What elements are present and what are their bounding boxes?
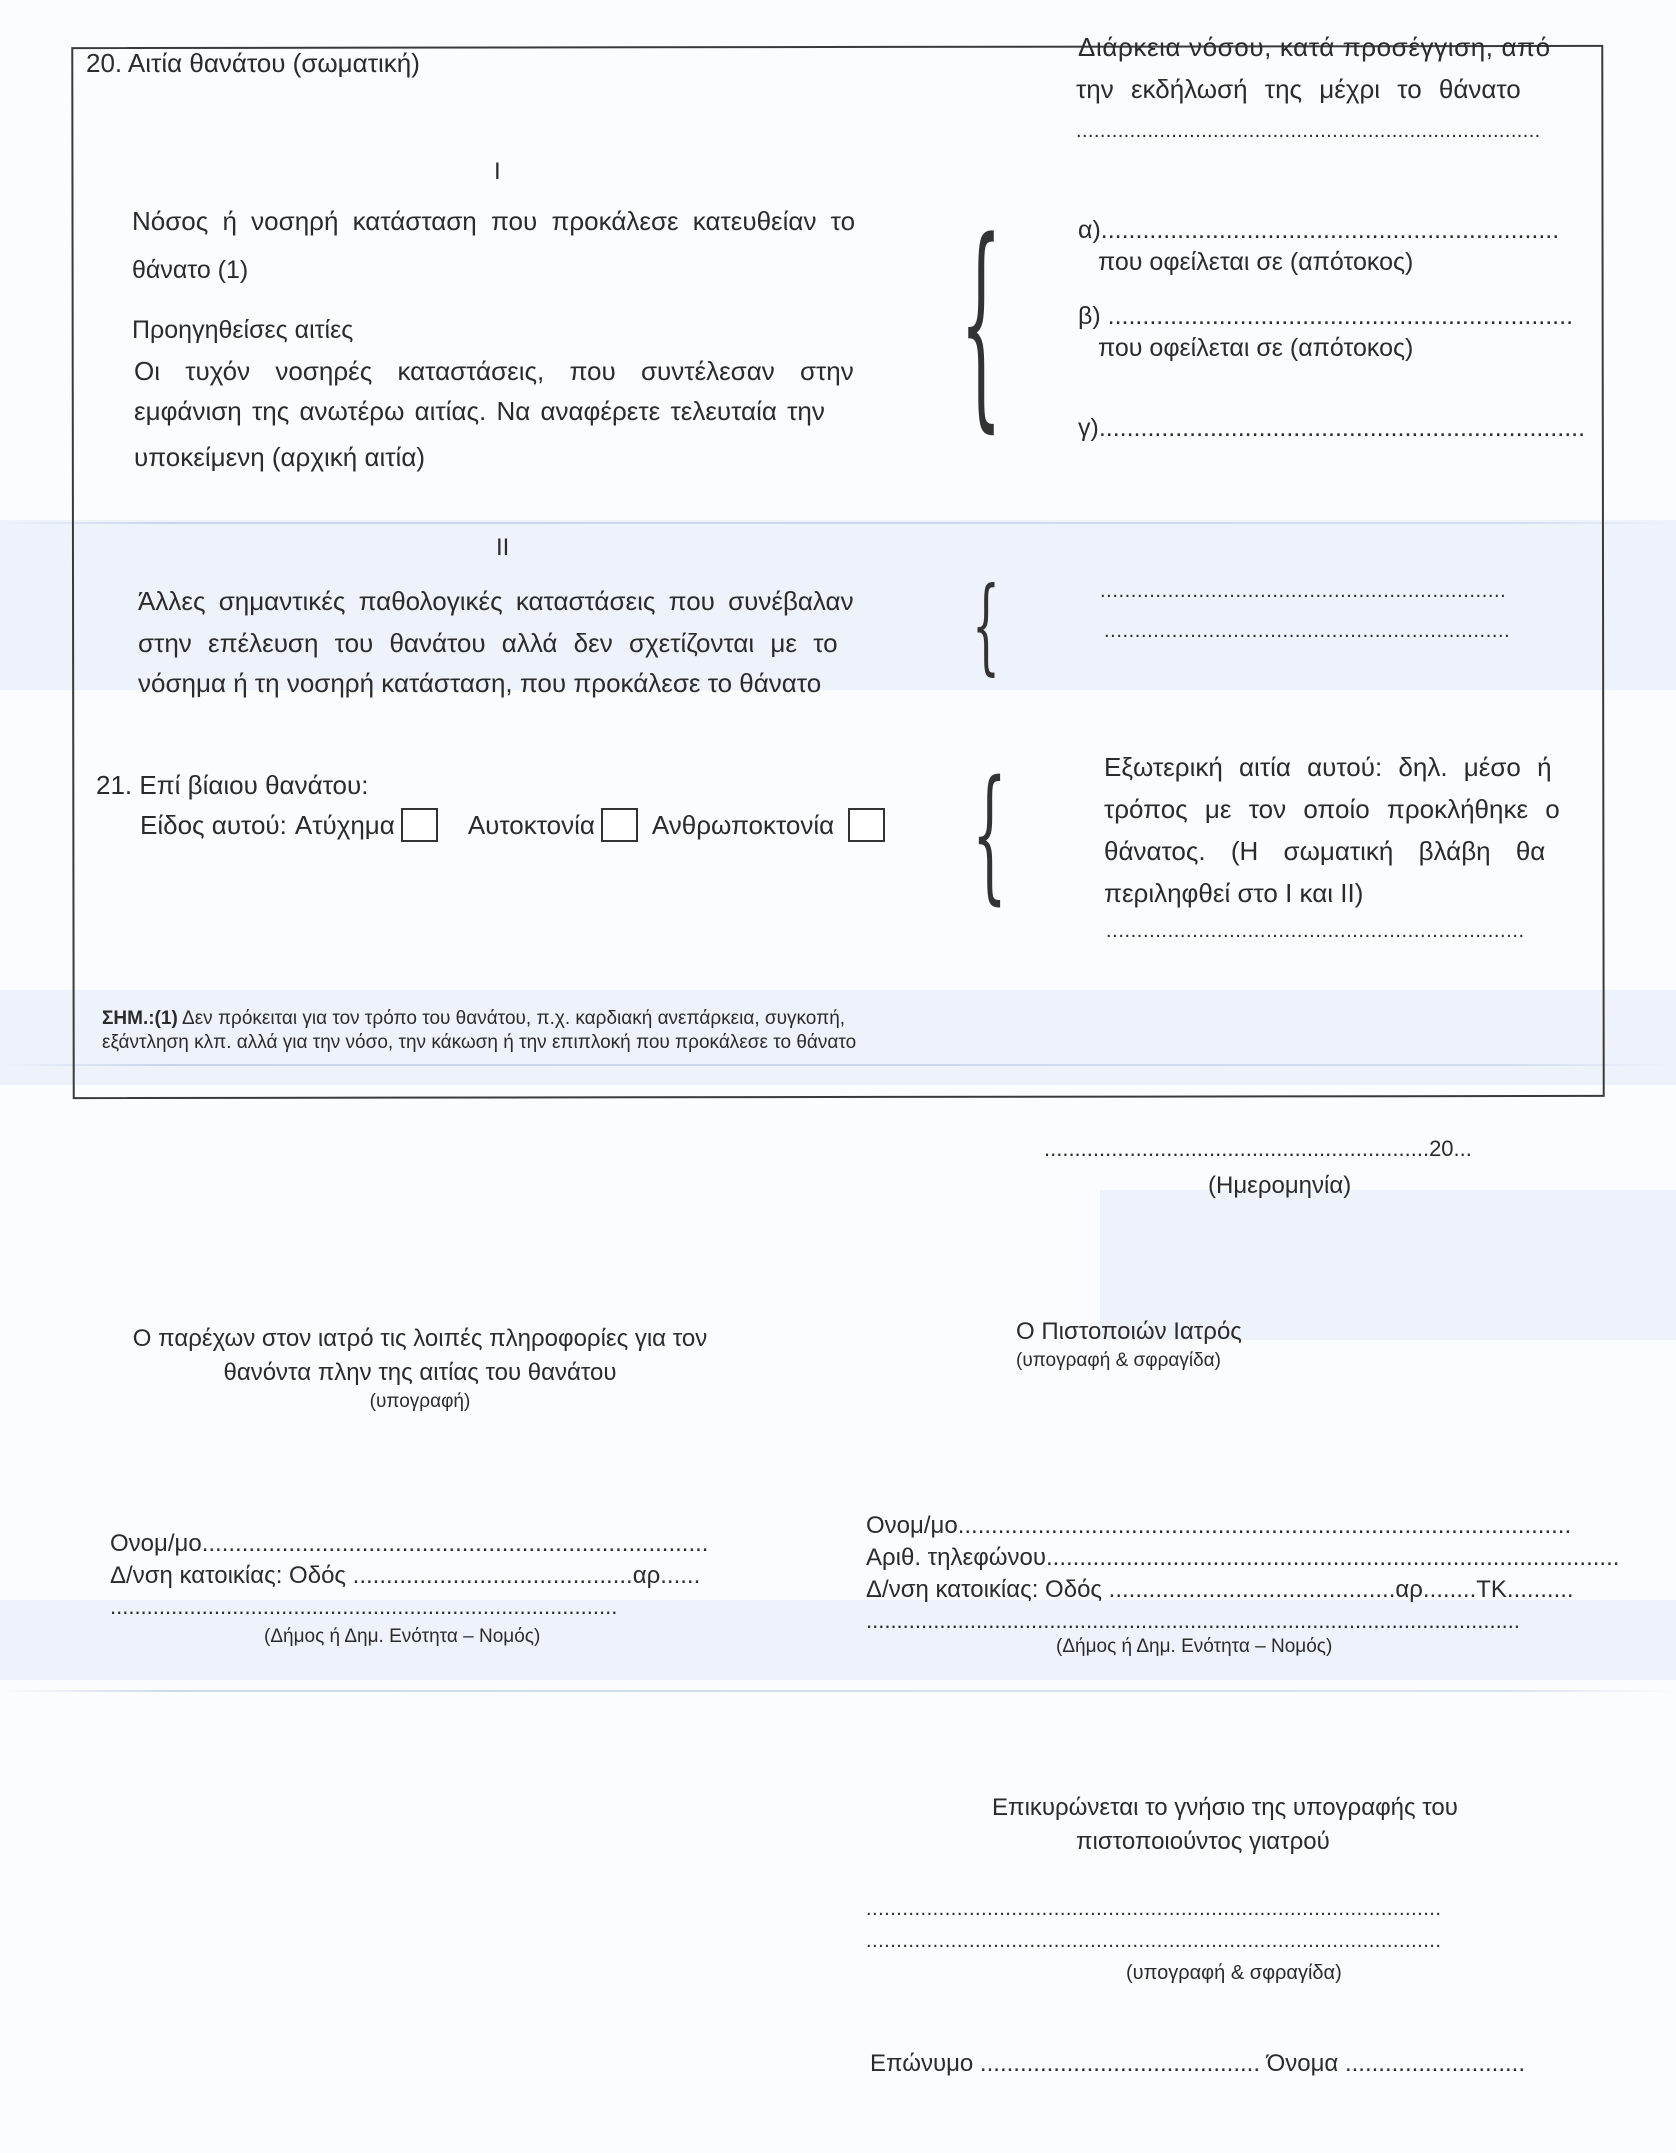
external-cause-field[interactable]: ........................................… bbox=[1106, 920, 1525, 943]
footnote-prefix: ΣΗΜ.:(1) bbox=[102, 1008, 178, 1029]
duration-label-line1: Διάρκεια νόσου, κατά προσέγγιση, από bbox=[1078, 32, 1551, 63]
validation-signature-field-1[interactable]: ........................................… bbox=[866, 1898, 1441, 1921]
other-conditions-field-1[interactable]: ........................................… bbox=[1100, 580, 1506, 603]
validation-title-line1: Επικυρώνεται το γνήσιο της υπογραφής του bbox=[992, 1794, 1458, 1822]
physician-municipality-label: (Δήμος ή Δημ. Ενότητα – Νομός) bbox=[1056, 1636, 1332, 1658]
brace-icon: { bbox=[972, 762, 1007, 907]
external-cause-line1: Εξωτερική αιτία αυτού: δηλ. μέσο ή bbox=[1104, 752, 1552, 783]
physician-municipality-field[interactable]: ........................................… bbox=[866, 1608, 1520, 1634]
external-cause-line4: περιληφθεί στο Ι και ΙΙ) bbox=[1104, 878, 1363, 909]
duration-label-line2: την εκδήλωσή της μέχρι το θάνατο bbox=[1076, 74, 1521, 105]
footnote-text: Δεν πρόκειται για τον τρόπο του θανάτου,… bbox=[178, 1008, 845, 1029]
informant-title-line2: θανόντα πλην της αιτίας του θανάτου bbox=[90, 1356, 750, 1390]
antecedent-title: Προηγηθείσες αιτίες bbox=[132, 316, 353, 345]
validation-title-line2: πιστοποιούντος γιατρού bbox=[1076, 1828, 1330, 1856]
brace-icon: { bbox=[960, 214, 1002, 436]
date-field[interactable]: ........................................… bbox=[1044, 1136, 1472, 1162]
option-homicide-checkbox[interactable] bbox=[848, 808, 885, 842]
antecedent-line3: υποκείμενη (αρχική αιτία) bbox=[134, 442, 425, 473]
section21-title: 21. Επί βίαιου θανάτου: bbox=[96, 770, 368, 801]
surname-label: Επώνυμο bbox=[870, 2050, 973, 2077]
external-cause-line3: θάνατος. (Η σωματική βλάβη θα bbox=[1104, 836, 1545, 867]
option-accident-label: Ατύχημα bbox=[295, 810, 395, 841]
validation-signature-label: (υπογραφή & σφραγίδα) bbox=[1126, 1962, 1342, 1985]
antecedent-line1: Οι τυχόν νοσηρές καταστάσεις, που συντέλ… bbox=[134, 356, 854, 387]
informant-municipality-label: (Δήμος ή Δημ. Ενότητα – Νομός) bbox=[264, 1626, 540, 1648]
footnote-line1: ΣΗΜ.:(1) Δεν πρόκειται για τον τρόπο του… bbox=[102, 1008, 845, 1030]
date-label: (Ημερομηνία) bbox=[1208, 1172, 1351, 1200]
informant-address-field[interactable]: Δ/νση κατοικίας: Οδός ..................… bbox=[110, 1562, 700, 1590]
footnote-line2: εξάντληση κλπ. αλλά για την νόσο, την κά… bbox=[102, 1032, 856, 1054]
kind-label: Είδος αυτού: bbox=[140, 810, 287, 841]
external-cause-line2: τρόπος με τον οποίο προκλήθηκε ο bbox=[1104, 794, 1560, 825]
physician-name-field[interactable]: Ονομ/μο.................................… bbox=[866, 1512, 1571, 1540]
brace-icon: { bbox=[972, 574, 1000, 678]
physician-phone-field[interactable]: Αριθ. τηλεφώνου.........................… bbox=[866, 1544, 1619, 1572]
validation-name-row: Επώνυμο ................................… bbox=[870, 2050, 1525, 2078]
physician-signature-label: (υπογραφή & σφραγίδα) bbox=[1016, 1350, 1221, 1372]
fold-crease bbox=[0, 1690, 1676, 1692]
option-suicide-checkbox[interactable] bbox=[601, 808, 638, 842]
option-accident-checkbox[interactable] bbox=[401, 808, 438, 842]
other-conditions-field-2[interactable]: ........................................… bbox=[1104, 620, 1510, 643]
cause-b-field[interactable]: β) .....................................… bbox=[1078, 302, 1573, 331]
informant-name-field[interactable]: Ονομ/μο.................................… bbox=[110, 1530, 708, 1558]
other-conditions-line3: νόσημα ή τη νοσηρή κατάσταση, που προκάλ… bbox=[138, 668, 821, 699]
informant-signature-label: (υπογραφή) bbox=[90, 1390, 750, 1414]
part2-marker: II bbox=[496, 534, 509, 562]
section20-title: 20. Αιτία θανάτου (σωματική) bbox=[86, 48, 420, 79]
violent-death-kind-row: Είδος αυτού: Ατύχημα Αυτοκτονία Ανθρωποκ… bbox=[140, 808, 885, 842]
surname-field[interactable]: ........................................… bbox=[973, 2050, 1266, 2077]
due-to-label-1: που οφείλεται σε (απότοκος) bbox=[1098, 248, 1413, 277]
physician-address-field[interactable]: Δ/νση κατοικίας: Οδός ..................… bbox=[866, 1576, 1574, 1604]
first-name-label: Όνομα bbox=[1267, 2050, 1339, 2077]
validation-signature-field-2[interactable]: ........................................… bbox=[866, 1930, 1441, 1953]
antecedent-line2: εμφάνιση της ανωτέρω αιτίας. Να αναφέρετ… bbox=[134, 396, 825, 427]
direct-cause-line2: θάνατο (1) bbox=[132, 256, 248, 285]
direct-cause-line1: Νόσος ή νοσηρή κατάσταση που προκάλεσε κ… bbox=[132, 206, 855, 237]
informant-title-line1: Ο παρέχων στον ιατρό τις λοιπές πληροφορ… bbox=[90, 1322, 750, 1356]
informant-block: Ο παρέχων στον ιατρό τις λοιπές πληροφορ… bbox=[90, 1322, 750, 1414]
physician-title: Ο Πιστοποιών Ιατρός bbox=[1016, 1318, 1242, 1346]
cause-c-field[interactable]: γ)......................................… bbox=[1078, 414, 1585, 443]
option-suicide-label: Αυτοκτονία bbox=[468, 810, 595, 841]
part1-marker: I bbox=[494, 158, 501, 186]
option-homicide-label: Ανθρωποκτονία bbox=[652, 810, 834, 841]
due-to-label-2: που οφείλεται σε (απότοκος) bbox=[1098, 334, 1413, 363]
cause-a-field[interactable]: α)......................................… bbox=[1078, 216, 1559, 245]
duration-field[interactable]: ........................................… bbox=[1076, 120, 1541, 143]
other-conditions-line2: στην επέλευση του θανάτου αλλά δεν σχετί… bbox=[138, 628, 838, 659]
other-conditions-line1: Άλλες σημαντικές παθολογικές καταστάσεις… bbox=[138, 586, 854, 617]
informant-municipality-field[interactable]: ........................................… bbox=[110, 1594, 617, 1620]
first-name-field[interactable]: ........................... bbox=[1338, 2050, 1525, 2077]
